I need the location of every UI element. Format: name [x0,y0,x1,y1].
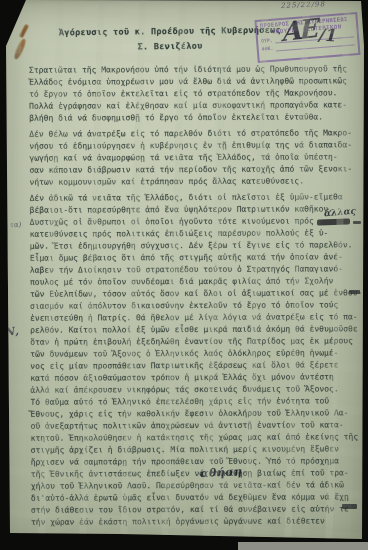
ink-dash [353,221,361,224]
stamp-field-label: ΦΑΚ. [262,47,274,53]
handwritten-scribble: τα) [10,221,22,230]
stain-mark [19,24,29,38]
speech-text: Στρατιῶται τῆς Μακρονήσου ὑπό τήν ἰδιότη… [29,63,364,532]
paragraph-3: Δέν ἀδικῶ τά νειᾶτα τῆς Ἑλλάδος, διότι ο… [30,191,364,528]
document-paper: Ἀγόρευσις τοῦ κ. Προέδρου τῆς Κυβερνήσεω… [0,0,368,550]
ink-dash [349,290,360,294]
stamp-field-label: ΟΥΡ. [261,39,273,45]
handwritten-margin-mark: Ν, [4,324,19,338]
paragraph-1: Στρατιῶται τῆς Μακρονήσου ὑπό τήν ἰδιότη… [29,63,362,124]
handwritten-monogram: ΑΕ [283,14,317,48]
scanner-bed-sliver [238,542,368,550]
stain-mark [13,38,27,61]
handwritten-ref-number: 225/22/98 [281,0,326,10]
scanned-document: Ἀγόρευσις τοῦ κ. Προέδρου τῆς Κυβερνήσεω… [0,0,368,550]
handwritten-fraction: /1 [318,25,337,46]
strikethrough-smear [317,218,350,225]
ink-dash [342,504,357,509]
paragraph-2: Δέν θέλω νά ἀνατρέξω εἰς τό παρελθόν διό… [29,127,362,188]
handwritten-inline-correction: αθήση [200,465,243,480]
